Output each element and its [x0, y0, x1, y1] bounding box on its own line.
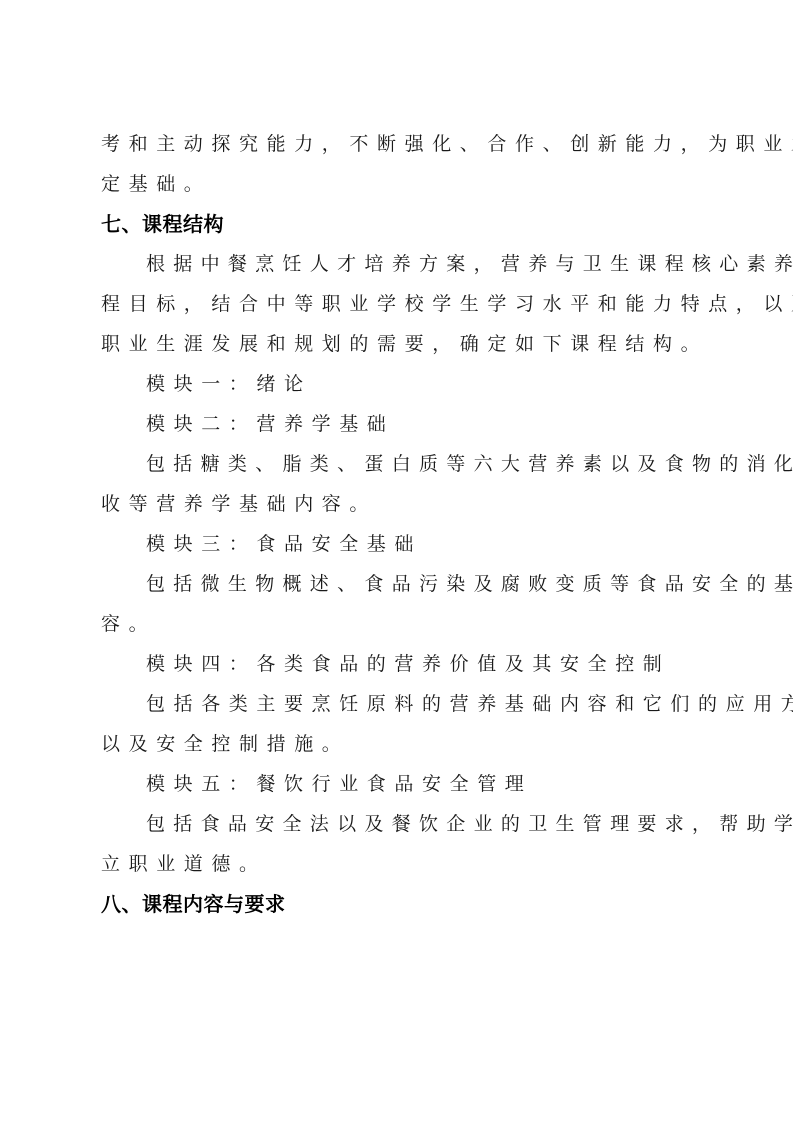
module-title: 模块一：绪论 — [101, 364, 691, 404]
text-line: 根据中餐烹饪人才培养方案，营养与卫生课程核心素养和课 — [101, 244, 691, 284]
module-description-line: 容。 — [101, 604, 691, 644]
intro-continuation-paragraph: 考和主动探究能力，不断强化、合作、创新能力，为职业发展奠 定基础。 — [101, 124, 691, 204]
module-description-line: 包括各类主要烹饪原料的营养基础内容和它们的应用方法 — [101, 684, 691, 724]
module-description-line: 以及安全控制措施。 — [101, 724, 691, 764]
text-line: 程目标，结合中等职业学校学生学习水平和能力特点，以及学生 — [101, 284, 691, 324]
text-line: 职业生涯发展和规划的需要，确定如下课程结构。 — [101, 324, 691, 364]
module-item-5: 模块五：餐饮行业食品安全管理 包括食品安全法以及餐饮企业的卫生管理要求，帮助学生… — [101, 764, 691, 884]
module-item-4: 模块四：各类食品的营养价值及其安全控制 包括各类主要烹饪原料的营养基础内容和它们… — [101, 644, 691, 764]
text-line: 定基础。 — [101, 164, 691, 204]
document-page: 考和主动探究能力，不断强化、合作、创新能力，为职业发展奠 定基础。 七、课程结构… — [101, 124, 691, 924]
module-list: 模块一：绪论 模块二：营养学基础 包括糖类、脂类、蛋白质等六大营养素以及食物的消… — [101, 364, 691, 884]
module-description-line: 包括食品安全法以及餐饮企业的卫生管理要求，帮助学生建 — [101, 804, 691, 844]
module-item-1: 模块一：绪论 — [101, 364, 691, 404]
module-item-2: 模块二：营养学基础 包括糖类、脂类、蛋白质等六大营养素以及食物的消化与吸 收等营… — [101, 404, 691, 524]
module-description-line: 收等营养学基础内容。 — [101, 484, 691, 524]
course-structure-intro-paragraph: 根据中餐烹饪人才培养方案，营养与卫生课程核心素养和课 程目标，结合中等职业学校学… — [101, 244, 691, 364]
module-title: 模块四：各类食品的营养价值及其安全控制 — [101, 644, 691, 684]
text-line: 考和主动探究能力，不断强化、合作、创新能力，为职业发展奠 — [101, 124, 691, 164]
section-heading-course-structure: 七、课程结构 — [101, 204, 691, 244]
module-title: 模块五：餐饮行业食品安全管理 — [101, 764, 691, 804]
module-description-line: 包括糖类、脂类、蛋白质等六大营养素以及食物的消化与吸 — [101, 444, 691, 484]
section-heading-course-content: 八、课程内容与要求 — [101, 884, 691, 924]
module-title: 模块二：营养学基础 — [101, 404, 691, 444]
module-description-line: 立职业道德。 — [101, 844, 691, 884]
module-item-3: 模块三：食品安全基础 包括微生物概述、食品污染及腐败变质等食品安全的基础内 容。 — [101, 524, 691, 644]
module-description-line: 包括微生物概述、食品污染及腐败变质等食品安全的基础内 — [101, 564, 691, 604]
module-title: 模块三：食品安全基础 — [101, 524, 691, 564]
